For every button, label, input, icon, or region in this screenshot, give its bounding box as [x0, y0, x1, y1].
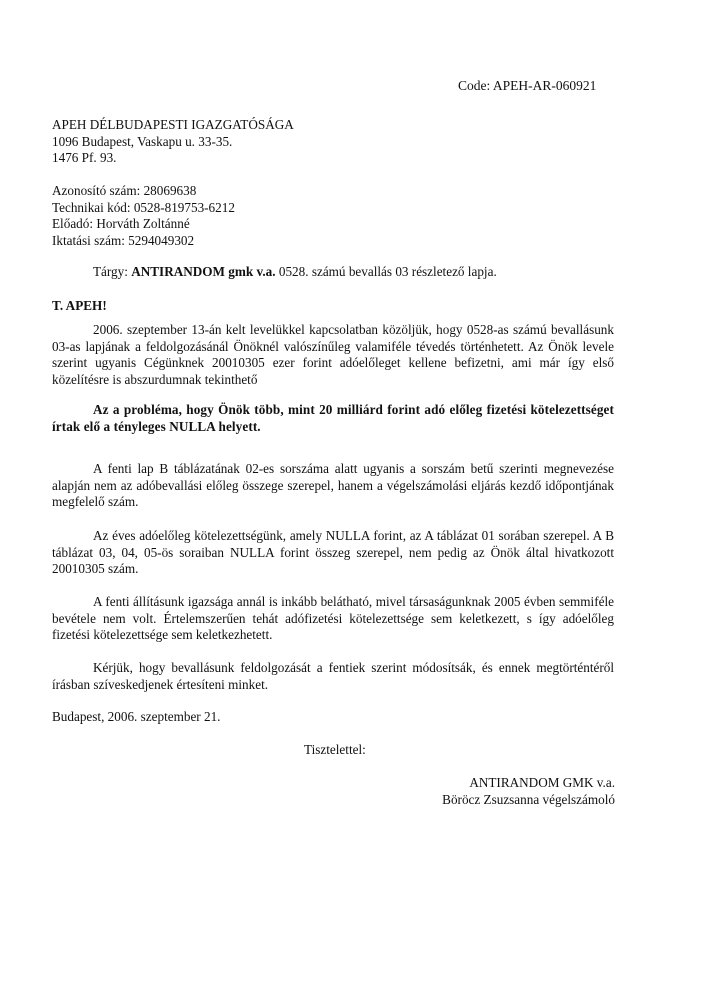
- reference-id: Azonosító szám: 28069638: [52, 183, 235, 200]
- recipient-block: APEH DÉLBUDAPESTI IGAZGATÓSÁGA 1096 Buda…: [52, 117, 294, 167]
- subject-company: ANTIRANDOM gmk v.a.: [131, 264, 275, 279]
- paragraph-3: A fenti lap B táblázatának 02-es sorszám…: [52, 461, 614, 511]
- recipient-po-box: 1476 Pf. 93.: [52, 150, 294, 167]
- reference-clerk: Előadó: Horváth Zoltánné: [52, 216, 235, 233]
- paragraph-1: 2006. szeptember 13-án kelt levelükkel k…: [52, 322, 614, 388]
- paragraph-2-emphasis: Az a probléma, hogy Önök több, mint 20 m…: [52, 402, 614, 435]
- reference-block: Azonosító szám: 28069638 Technikai kód: …: [52, 183, 235, 249]
- subject-text: 0528. számú bevallás 03 részletező lapja…: [276, 264, 497, 279]
- reference-filing-number: Iktatási szám: 5294049302: [52, 233, 235, 250]
- paragraph-5: A fenti állításunk igazsága annál is ink…: [52, 594, 614, 644]
- subject-label: Tárgy:: [93, 264, 131, 279]
- reference-technical-code: Technikai kód: 0528-819753-6212: [52, 200, 235, 217]
- recipient-address: 1096 Budapest, Vaskapu u. 33-35.: [52, 134, 294, 151]
- document-code: Code: APEH-AR-060921: [458, 78, 596, 95]
- closing: Tisztelettel:: [304, 742, 366, 759]
- salutation: T. APEH!: [52, 298, 107, 315]
- place-date: Budapest, 2006. szeptember 21.: [52, 709, 220, 726]
- subject-line: Tárgy: ANTIRANDOM gmk v.a. 0528. számú b…: [93, 264, 497, 281]
- signature-company: ANTIRANDOM GMK v.a.: [442, 775, 615, 792]
- signature-block: ANTIRANDOM GMK v.a. Böröcz Zsuzsanna vég…: [442, 775, 615, 808]
- signature-person: Böröcz Zsuzsanna végelszámoló: [442, 792, 615, 809]
- paragraph-6: Kérjük, hogy bevallásunk feldolgozását a…: [52, 660, 614, 693]
- paragraph-4: Az éves adóelőleg kötelezettségünk, amel…: [52, 528, 614, 578]
- recipient-name: APEH DÉLBUDAPESTI IGAZGATÓSÁGA: [52, 117, 294, 134]
